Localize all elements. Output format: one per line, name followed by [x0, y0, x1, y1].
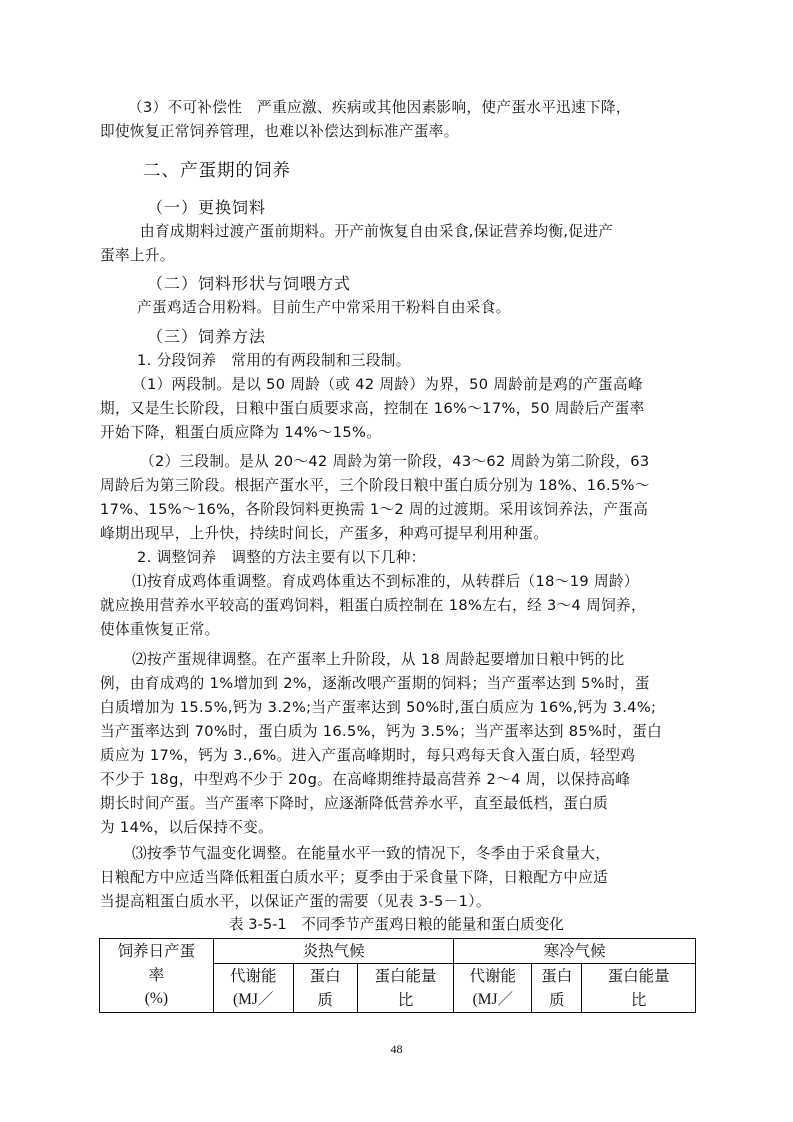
paragraph-line: （2）三段制。是从 20～42 周龄为第一阶段，43～62 周龄为第二阶段，63 [140, 450, 708, 474]
paragraph-line: 17%、15%～16%，各阶段饲料更换需 1～2 周的过渡期。采用该饲养法，产蛋… [100, 498, 696, 522]
subheader-line: 蛋白 [294, 964, 357, 988]
subsection-heading: （一）更换饲料 [147, 196, 266, 220]
paragraph-line: 质应为 17%，钙为 3.,6%。进入产蛋高峰期时，每只鸡每天食入蛋白质，轻型鸡 [100, 744, 696, 768]
paragraph-line: 即使恢复正常饲养管理，也难以补偿达到标准产蛋率。 [100, 120, 696, 144]
paragraph-line: 产蛋鸡适合用粉料。目前生产中常采用干粉料自由采食。 [137, 296, 733, 320]
section-heading: 二、产蛋期的饲养 [143, 158, 291, 184]
subheader-line: 代谢能 [214, 964, 293, 988]
subheader-line: (MJ／ [214, 988, 293, 1012]
paragraph-line: 使体重恢复正常。 [100, 618, 696, 642]
item-title: 2. 调整饲养 调整的方法主要有以下几种： [137, 546, 733, 570]
subheader-line: 比 [358, 988, 454, 1012]
paragraph-line: （3）不可补偿性 严重应激、疾病或其他因素影响，使产蛋水平迅速下降， [128, 96, 696, 120]
table-caption: 表 3-5-1 不同季节产蛋鸡日粮的能量和蛋白质变化 [0, 914, 793, 936]
paragraph-line: 蛋率上升。 [100, 244, 696, 268]
paragraph-line: 期长时间产蛋。当产蛋率下降时，应逐渐降低营养水平，直至最低档，蛋白质 [100, 792, 696, 816]
paragraph-line: 峰期出现早，上升快，持续时间长，产蛋多，种鸡可提早利用种蛋。 [100, 522, 696, 546]
paragraph-line: 为 14%，以后保持不变。 [100, 816, 696, 840]
group-header-cold: 寒冷气候 [454, 939, 696, 964]
subheader-cell: 蛋白能量比 [357, 964, 454, 1013]
paragraph-line: 当产蛋率达到 70%时，蛋白质为 16.5%，钙为 3.5%；当产蛋率达到 85… [100, 720, 696, 744]
subsection-heading: （三）饲养方法 [147, 325, 266, 349]
subsection-heading: （二）饲料形状与饲喂方式 [147, 272, 351, 296]
subheader-line: 代谢能 [454, 964, 531, 988]
item-title: 1. 分段饲养 常用的有两段制和三段制。 [137, 349, 733, 373]
paragraph-line: 周龄后为第三阶段。根据产蛋水平，三个阶段日粮中蛋白质分别为 18%、16.5%～ [100, 474, 696, 498]
paragraph-line: 期，又是生长阶段，日粮中蛋白质要求高，控制在 16%～17%，50 周龄后产蛋率 [100, 397, 696, 421]
subheader-line: 质 [532, 988, 581, 1012]
document-page: （3）不可补偿性 严重应激、疾病或其他因素影响，使产蛋水平迅速下降， 即使恢复正… [0, 0, 793, 1122]
row-header-line: 率 [100, 963, 213, 987]
paragraph-line: 例，由育成鸡的 1%增加到 2%，逐渐改喂产蛋期的饲料；当产蛋率达到 5%时，蛋 [100, 672, 696, 696]
subheader-cell: 代谢能(MJ／ [454, 964, 532, 1013]
group-header-hot: 炎热气候 [213, 939, 454, 964]
paragraph-line: 白质增加为 15.5%,钙为 3.2%;当产蛋率达到 50%时,蛋白质应为 16… [100, 696, 696, 720]
subheader-cell: 蛋白质 [532, 964, 582, 1013]
season-diet-table: 饲养日产蛋 率 (%) 炎热气候 寒冷气候 代谢能(MJ／ 蛋白质 蛋白能量比 … [99, 938, 696, 1013]
row-header-line: (%) [100, 987, 213, 1011]
subheader-cell: 蛋白能量比 [582, 964, 696, 1013]
subheader-line: 蛋白能量 [358, 964, 454, 988]
subheader-cell: 蛋白质 [293, 964, 357, 1013]
paragraph-line: 当提高粗蛋白质水平，以保证产蛋的需要（见表 3-5－1）。 [100, 890, 696, 914]
paragraph-line: （1）两段制。是以 50 周龄（或 42 周龄）为界，50 周龄前是鸡的产蛋高峰 [132, 373, 700, 397]
paragraph-line: ⑵按产蛋规律调整。在产蛋率上升阶段，从 18 周龄起要增加日粮中钙的比 [132, 648, 700, 672]
row-header-cell: 饲养日产蛋 率 (%) [100, 939, 214, 1013]
row-header-line: 饲养日产蛋 [100, 939, 213, 963]
paragraph-line: ⑶按季节气温变化调整。在能量水平一致的情况下，冬季由于采食量大， [132, 842, 700, 866]
subheader-line: 蛋白能量 [582, 964, 695, 988]
paragraph-line: 不少于 18g，中型鸡不少于 20g。在高峰期维持最高营养 2～4 周，以保持高… [100, 768, 696, 792]
paragraph-line: 日粮配方中应适当降低粗蛋白质水平；夏季由于采食量下降，日粮配方中应适 [100, 866, 696, 890]
subheader-cell: 代谢能(MJ／ [213, 964, 293, 1013]
paragraph-line: 就应换用营养水平较高的蛋鸡饲料，粗蛋白质控制在 18%左右，经 3～4 周饲养， [100, 594, 696, 618]
paragraph-line: ⑴按育成鸡体重调整。育成鸡体重达不到标准的，从转群后（18～19 周龄） [132, 570, 700, 594]
subheader-line: (MJ／ [454, 988, 531, 1012]
subheader-line: 蛋白 [532, 964, 581, 988]
subheader-line: 比 [582, 988, 695, 1012]
subheader-line: 质 [294, 988, 357, 1012]
paragraph-line: 由育成期料过渡产蛋前期料。开产前恢复自由采食,保证营养均衡,促进产 [140, 220, 708, 244]
paragraph-line: 开始下降，粗蛋白质应降为 14%～15%。 [100, 421, 696, 445]
page-number: 48 [0, 1042, 793, 1057]
